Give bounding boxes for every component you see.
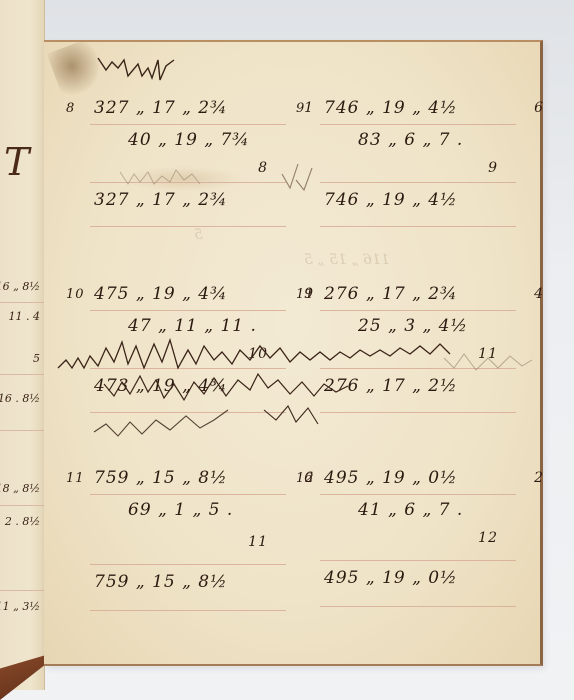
ruled-line	[320, 310, 516, 311]
entry-amount: 495 „ 19 „ 0½	[324, 468, 458, 488]
ledger-entry: 11 276 „ 17 „ 2¾ 4 25 „ 3 „ 4½ 11 276 „ …	[318, 284, 518, 444]
ruled-line	[90, 310, 286, 311]
entry-result: 495 „ 19 „ 0½	[324, 568, 458, 588]
left-page-figures: 16 „ 8½ 11 . 4 5 16 . 8½ 18 „ 8½ 2 . 8½ …	[0, 0, 44, 690]
ledger-entry: 12 495 „ 19 „ 0½ 2 41 „ 6 „ 7 . 12 495 „…	[318, 468, 518, 628]
entry-amount: 327 „ 17 „ 2¾	[94, 98, 228, 118]
entry-index: 10	[66, 287, 85, 302]
entry-amount-line: 8 327 „ 17 „ 2¾ 1	[88, 98, 288, 124]
left-page-fragment: T 16 „ 8½ 11 . 4 5 16 . 8½ 18 „ 8½ 2 . 8…	[0, 0, 45, 690]
left-figure: 16 . 8½	[0, 392, 40, 405]
left-rule	[0, 590, 44, 591]
entry-deduction: 25 „ 3 „ 4½	[358, 316, 468, 336]
ruled-line	[320, 368, 516, 369]
entry-index: 11	[66, 471, 85, 486]
entry-amount-line: 12 495 „ 19 „ 0½ 2	[318, 468, 518, 494]
ruled-line	[90, 124, 286, 125]
ruled-line	[90, 610, 286, 611]
left-figure: 11 „ 3½	[0, 600, 40, 613]
ledger-entry: 9 746 „ 19 „ 4½ 6 83 „ 6 „ 7 . 9 746 „ 1…	[318, 98, 518, 258]
entry-count: 10	[248, 346, 268, 362]
entry-deduction: 69 „ 1 „ 5 .	[128, 500, 233, 520]
left-figure: 2 . 8½	[5, 515, 40, 528]
entry-result-line: 327 „ 17 „ 2¾	[88, 190, 288, 216]
entry-amount: 276 „ 17 „ 2¾	[324, 284, 458, 304]
entry-result: 473 „ 19 „ 4¾	[94, 376, 228, 396]
entry-result: 759 „ 15 „ 8½	[94, 572, 228, 592]
entry-amount-line: 11 276 „ 17 „ 2¾ 4	[318, 284, 518, 310]
ink-stain	[47, 37, 109, 100]
entry-amount: 475 „ 19 „ 4¾	[94, 284, 228, 304]
entry-count: 8	[258, 160, 268, 176]
entry-right-mark: 2	[534, 470, 544, 486]
entry-deduction-line: 25 „ 3 „ 4½	[318, 316, 518, 342]
entry-index: 9	[296, 101, 305, 116]
ruled-line	[90, 564, 286, 565]
ruled-line	[320, 560, 516, 561]
entry-index: 12	[296, 471, 315, 486]
left-figure: 5	[33, 352, 40, 365]
entry-amount: 759 „ 15 „ 8½	[94, 468, 228, 488]
ruled-line	[320, 412, 516, 413]
entry-index: 8	[66, 101, 75, 116]
entry-result-line: 759 „ 15 „ 8½	[88, 572, 288, 598]
entry-count: 12	[478, 530, 498, 546]
ledger-entry: 8 327 „ 17 „ 2¾ 1 40 „ 19 „ 7¾ 8 327 „ 1…	[88, 98, 288, 258]
entry-result: 276 „ 17 „ 2½	[324, 376, 458, 396]
left-rule	[0, 505, 44, 506]
left-rule	[0, 374, 44, 375]
entry-result: 327 „ 17 „ 2¾	[94, 190, 228, 210]
ruled-line	[320, 606, 516, 607]
entry-deduction-line: 47 „ 11 „ 11 .	[88, 316, 288, 342]
entry-right-mark: 4	[534, 286, 544, 302]
left-rule	[0, 430, 44, 431]
entry-count-line: 12	[318, 530, 518, 556]
entry-deduction: 47 „ 11 „ 11 .	[128, 316, 257, 336]
ruled-line	[320, 494, 516, 495]
entry-deduction: 41 „ 6 „ 7 .	[358, 500, 463, 520]
entry-amount-line: 11 759 „ 15 „ 8½ 6	[88, 468, 288, 494]
ledger-entry: 10 475 „ 19 „ 4¾ 9 47 „ 11 „ 11 . 10 473…	[88, 284, 288, 444]
entry-deduction: 83 „ 6 „ 7 .	[358, 130, 463, 150]
entry-result-line: 495 „ 19 „ 0½	[318, 568, 518, 594]
entry-amount-line: 10 475 „ 19 „ 4¾ 9	[88, 284, 288, 310]
ruled-line	[90, 412, 286, 413]
left-figure: 16 „ 8½	[0, 280, 40, 293]
entry-right-mark: 6	[534, 100, 544, 116]
entry-deduction: 40 „ 19 „ 7¾	[128, 130, 250, 150]
left-figure: 11 . 4	[9, 310, 41, 323]
ruled-line	[320, 182, 516, 183]
ruled-line	[90, 368, 286, 369]
ruled-line	[320, 226, 516, 227]
left-figure: 18 „ 8½	[0, 482, 40, 495]
entry-index: 11	[296, 287, 315, 302]
entry-result-line: 276 „ 17 „ 2½	[318, 376, 518, 402]
entry-deduction-line: 41 „ 6 „ 7 .	[318, 500, 518, 526]
entry-count-line: 11	[88, 534, 288, 560]
entry-deduction-line: 40 „ 19 „ 7¾	[88, 130, 288, 156]
entry-result-line: 746 „ 19 „ 4½	[318, 190, 518, 216]
ledger-page: 116 „ 15 „ 5 5 8 327 „ 17 „ 2¾ 1 40 „ 19…	[44, 40, 543, 666]
left-rule	[0, 302, 44, 303]
ruled-line	[320, 124, 516, 125]
ledger-entry: 11 759 „ 15 „ 8½ 6 69 „ 1 „ 5 . 11 759 „…	[88, 468, 288, 628]
entry-count: 11	[248, 534, 268, 550]
entry-amount-line: 9 746 „ 19 „ 4½ 6	[318, 98, 518, 124]
entry-count: 11	[478, 346, 498, 362]
ruled-line	[90, 182, 286, 183]
entry-right-mark: 1	[304, 100, 314, 116]
entry-deduction-line: 83 „ 6 „ 7 .	[318, 130, 518, 156]
entry-result: 746 „ 19 „ 4½	[324, 190, 458, 210]
ruled-line	[90, 494, 286, 495]
ruled-line	[90, 226, 286, 227]
entry-result-line: 473 „ 19 „ 4¾	[88, 376, 288, 402]
entry-amount: 746 „ 19 „ 4½	[324, 98, 458, 118]
entry-count: 9	[488, 160, 498, 176]
entry-deduction-line: 69 „ 1 „ 5 .	[88, 500, 288, 526]
